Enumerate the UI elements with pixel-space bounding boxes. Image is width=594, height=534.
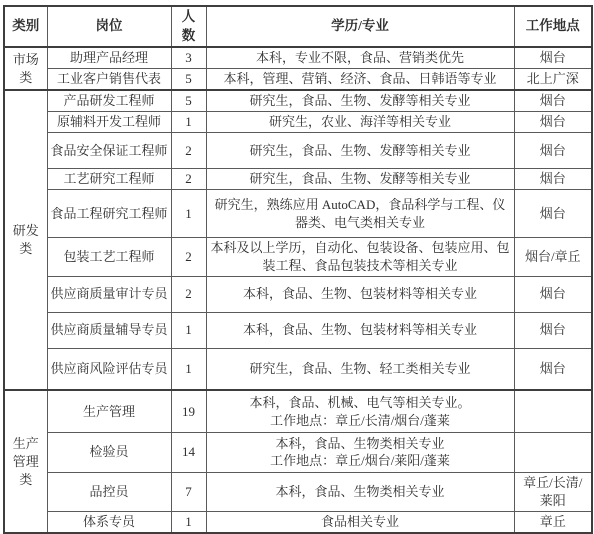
header-qualification: 学历/专业 <box>206 6 514 47</box>
table-row: 市场 类 助理产品经理 3 本科，专业不限，食品、营销类优先 烟台 <box>4 47 592 68</box>
qualification-cell: 研究生，食品、生物、轻工类相关专业 <box>206 348 514 390</box>
category-cell: 生产 管理 类 <box>4 390 47 532</box>
header-row: 类别 岗位 人 数 学历/专业 工作地点 <box>4 6 592 47</box>
headcount-cell: 5 <box>171 90 206 111</box>
table-row: 供应商质量审计专员 2 本科，食品、生物、包装材料等相关专业 烟台 <box>4 276 592 312</box>
recruitment-table: 类别 岗位 人 数 学历/专业 工作地点 市场 类 助理产品经理 3 本科，专业… <box>3 5 593 534</box>
location-cell: 北上广深 <box>514 69 592 90</box>
headcount-cell: 1 <box>171 511 206 532</box>
location-cell: 烟台 <box>514 276 592 312</box>
position-cell: 产品研发工程师 <box>47 90 171 111</box>
location-cell: 烟台 <box>514 112 592 133</box>
location-cell: 烟台 <box>514 47 592 68</box>
position-cell: 体系专员 <box>47 511 171 532</box>
qualification-cell: 食品相关专业 <box>206 511 514 532</box>
headcount-cell: 1 <box>171 312 206 348</box>
table-row: 工艺研究工程师 2 研究生，食品、生物、发酵等相关专业 烟台 <box>4 169 592 190</box>
table-row: 工业客户销售代表 5 本科，管理、营销、经济、食品、日韩语等专业 北上广深 <box>4 69 592 90</box>
position-cell: 食品安全保证工程师 <box>47 133 171 169</box>
position-cell: 包装工艺工程师 <box>47 238 171 277</box>
location-cell: 烟台 <box>514 312 592 348</box>
headcount-cell: 19 <box>171 390 206 432</box>
qualification-cell: 本科，食品、生物、包装材料等相关专业 <box>206 312 514 348</box>
table-row: 原辅料开发工程师 1 研究生，农业、海洋等相关专业 烟台 <box>4 112 592 133</box>
qualification-cell: 本科，食品、生物类相关专业 <box>206 472 514 511</box>
table-row: 品控员 7 本科，食品、生物类相关专业 章丘/长清/莱阳 <box>4 472 592 511</box>
position-cell: 工业客户销售代表 <box>47 69 171 90</box>
location-cell: 烟台 <box>514 169 592 190</box>
location-cell <box>514 390 592 432</box>
qualification-cell: 研究生，农业、海洋等相关专业 <box>206 112 514 133</box>
position-cell: 供应商质量审计专员 <box>47 276 171 312</box>
headcount-cell: 5 <box>171 69 206 90</box>
location-cell: 章丘 <box>514 511 592 532</box>
header-location: 工作地点 <box>514 6 592 47</box>
qualification-cell: 本科及以上学历，自动化、包装设备、包装应用、包装工程、食品包装技术等相关专业 <box>206 238 514 277</box>
position-cell: 食品工程研究工程师 <box>47 190 171 238</box>
qualification-cell: 研究生，食品、生物、发酵等相关专业 <box>206 169 514 190</box>
qualification-cell: 本科，管理、营销、经济、食品、日韩语等专业 <box>206 69 514 90</box>
table-row: 研发 类 产品研发工程师 5 研究生，食品、生物、发酵等相关专业 烟台 <box>4 90 592 111</box>
table-row: 供应商质量辅导专员 1 本科，食品、生物、包装材料等相关专业 烟台 <box>4 312 592 348</box>
position-cell: 原辅料开发工程师 <box>47 112 171 133</box>
location-cell <box>514 432 592 472</box>
position-cell: 供应商风险评估专员 <box>47 348 171 390</box>
position-cell: 供应商质量辅导专员 <box>47 312 171 348</box>
headcount-cell: 2 <box>171 169 206 190</box>
table-row: 食品安全保证工程师 2 研究生，食品、生物、发酵等相关专业 烟台 <box>4 133 592 169</box>
table-row: 包装工艺工程师 2 本科及以上学历，自动化、包装设备、包装应用、包装工程、食品包… <box>4 238 592 277</box>
qualification-cell: 本科，食品、机械、电气等相关专业。 工作地点：章丘/长清/烟台/蓬莱 <box>206 390 514 432</box>
location-cell: 章丘/长清/莱阳 <box>514 472 592 511</box>
headcount-cell: 3 <box>171 47 206 68</box>
position-cell: 生产管理 <box>47 390 171 432</box>
location-cell: 烟台/章丘 <box>514 238 592 277</box>
headcount-cell: 2 <box>171 276 206 312</box>
category-cell: 市场 类 <box>4 47 47 90</box>
headcount-cell: 1 <box>171 348 206 390</box>
qualification-cell: 研究生，食品、生物、发酵等相关专业 <box>206 90 514 111</box>
location-cell: 烟台 <box>514 90 592 111</box>
position-cell: 检验员 <box>47 432 171 472</box>
table-row: 体系专员 1 食品相关专业 章丘 <box>4 511 592 532</box>
qualification-cell: 研究生，熟练应用 AutoCAD，食品科学与工程、仪器类、电气类相关专业 <box>206 190 514 238</box>
position-cell: 助理产品经理 <box>47 47 171 68</box>
headcount-cell: 14 <box>171 432 206 472</box>
location-cell: 烟台 <box>514 190 592 238</box>
headcount-cell: 7 <box>171 472 206 511</box>
headcount-cell: 1 <box>171 190 206 238</box>
headcount-cell: 1 <box>171 112 206 133</box>
header-position: 岗位 <box>47 6 171 47</box>
headcount-cell: 2 <box>171 238 206 277</box>
page: 类别 岗位 人 数 学历/专业 工作地点 市场 类 助理产品经理 3 本科，专业… <box>0 0 594 510</box>
header-headcount: 人 数 <box>171 6 206 47</box>
qualification-cell: 本科，专业不限，食品、营销类优先 <box>206 47 514 68</box>
position-cell: 工艺研究工程师 <box>47 169 171 190</box>
category-cell: 研发 类 <box>4 90 47 390</box>
location-cell: 烟台 <box>514 133 592 169</box>
header-category: 类别 <box>4 6 47 47</box>
qualification-cell: 研究生，食品、生物、发酵等相关专业 <box>206 133 514 169</box>
qualification-cell: 本科，食品、生物、包装材料等相关专业 <box>206 276 514 312</box>
headcount-cell: 2 <box>171 133 206 169</box>
table-row: 生产 管理 类 生产管理 19 本科，食品、机械、电气等相关专业。 工作地点：章… <box>4 390 592 432</box>
position-cell: 品控员 <box>47 472 171 511</box>
qualification-cell: 本科，食品、生物类相关专业 工作地点：章丘/烟台/莱阳/蓬莱 <box>206 432 514 472</box>
location-cell: 烟台 <box>514 348 592 390</box>
table-row: 食品工程研究工程师 1 研究生，熟练应用 AutoCAD，食品科学与工程、仪器类… <box>4 190 592 238</box>
table-row: 检验员 14 本科，食品、生物类相关专业 工作地点：章丘/烟台/莱阳/蓬莱 <box>4 432 592 472</box>
table-row: 供应商风险评估专员 1 研究生，食品、生物、轻工类相关专业 烟台 <box>4 348 592 390</box>
